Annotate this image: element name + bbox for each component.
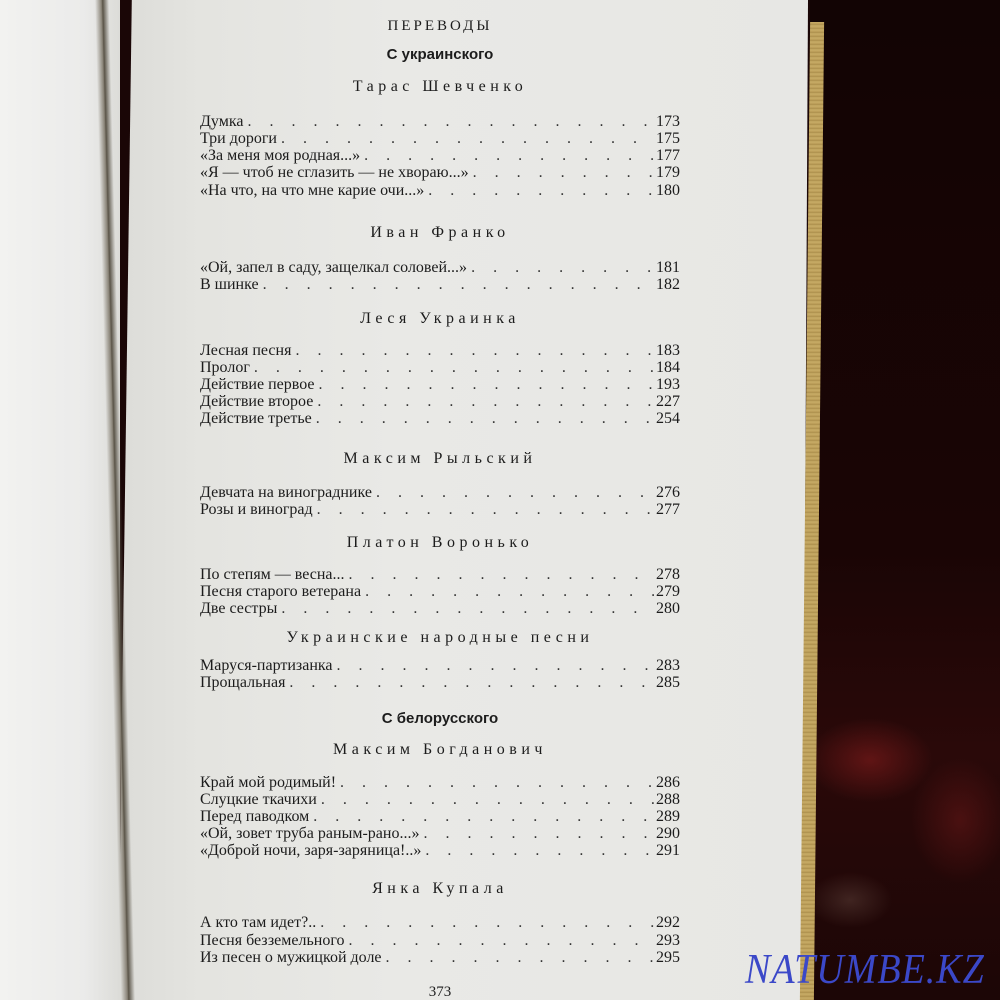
toc-entry: Слуцкие ткачихи288 [200, 792, 680, 808]
toc-entry: «Ой, запел в саду, защелкал соловей...»1… [200, 260, 680, 276]
author-heading: Иван Франко [200, 224, 680, 242]
toc-entry: Песня безземельного293 [200, 933, 680, 949]
author-heading: Украинские народные песни [200, 629, 680, 647]
section-heading-belarusian: С белорусского [200, 710, 680, 727]
toc-entry: «Доброй ночи, заря-заряница!..»291 [200, 843, 680, 859]
toc-entry: А кто там идет?..292 [200, 915, 680, 931]
toc-entry: Пролог184 [200, 360, 680, 376]
author-heading: Максим Рыльский [200, 450, 680, 468]
watermark-text: NATUMBE.KZ [745, 946, 985, 994]
toc-entry: Две сестры280 [200, 601, 680, 617]
toc-entry: Песня старого ветерана279 [200, 584, 680, 600]
toc-entry: Действие третье254 [200, 411, 680, 427]
author-heading: Платон Воронько [200, 534, 680, 552]
toc-entry: Лесная песня183 [200, 343, 680, 359]
toc-entry: Девчата на винограднике276 [200, 485, 680, 501]
section-heading-ukrainian: С украинского [200, 46, 680, 63]
toc-entry: Перед паводком289 [200, 809, 680, 825]
toc-entry: Три дороги175 [200, 131, 680, 147]
toc-entry: «Ой, зовет труба раным-рано...»290 [200, 826, 680, 842]
toc-heading: ПЕРЕВОДЫ [200, 18, 680, 35]
toc-entry: Край мой родимый!286 [200, 775, 680, 791]
toc-entry: Розы и виноград277 [200, 502, 680, 518]
toc-entry: «На что, на что мне карие очи...»180 [200, 183, 680, 199]
toc-entry: Маруся-партизанка283 [200, 658, 680, 674]
toc-entry: «Я — чтоб не сглазить — не хвораю...»179 [200, 165, 680, 181]
toc-entry: Из песен о мужицкой доле295 [200, 950, 680, 966]
page-number: 373 [200, 984, 680, 1000]
author-heading: Тарас Шевченко [200, 78, 680, 96]
toc-entry: Действие второе227 [200, 394, 680, 410]
background-carpet [810, 0, 1000, 1000]
toc-entry: Прощальная285 [200, 675, 680, 691]
toc-entry: Думка173 [200, 114, 680, 130]
toc-entry: По степям — весна...278 [200, 567, 680, 583]
toc-entry: Действие первое193 [200, 377, 680, 393]
toc-entry: «За меня моя родная...»177 [200, 148, 680, 164]
author-heading: Янка Купала [200, 880, 680, 898]
toc-entry: В шинке182 [200, 277, 680, 293]
author-heading: Леся Украинка [200, 310, 680, 328]
author-heading: Максим Богданович [200, 741, 680, 759]
